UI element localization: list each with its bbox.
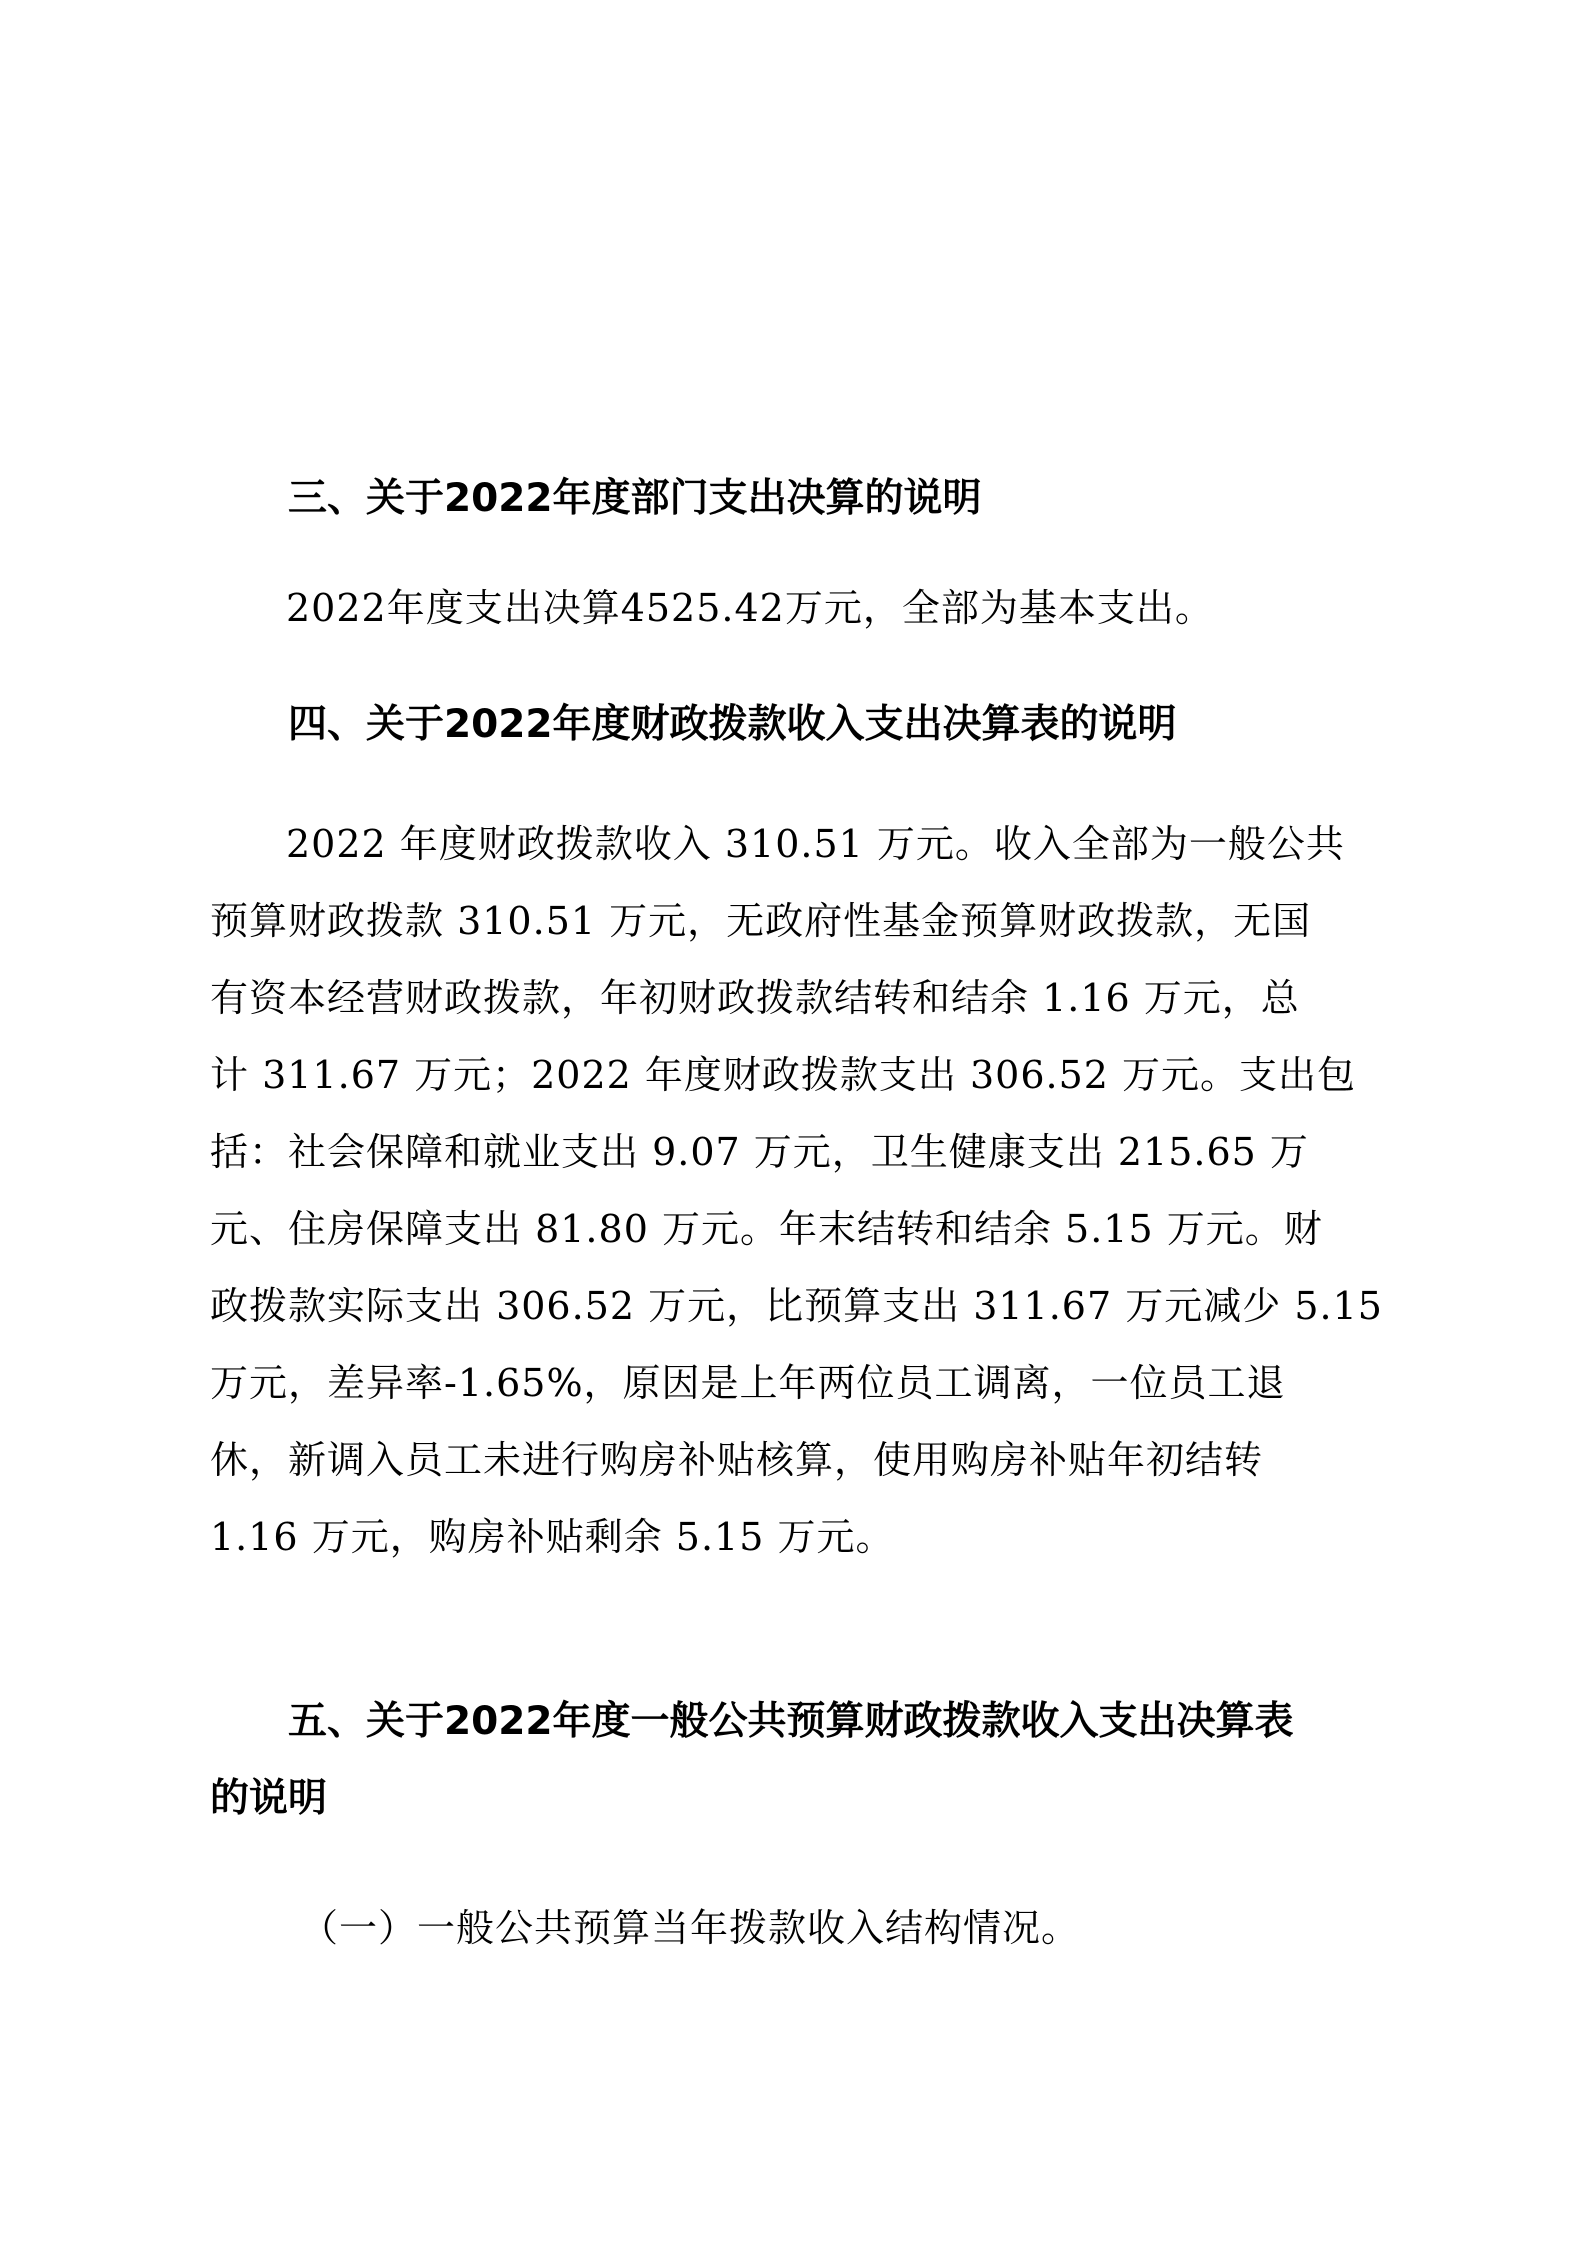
section-3: 三、关于2022年度部门支出决算的说明 [210,460,1388,537]
subsection-1-heading: （一）一般公共预算当年拨款收入结构情况。 [210,1890,1388,1967]
heading-line: 的说明 [210,1760,1388,1837]
paragraph-line: 预算财政拨款 310.51 万元，无政府性基金预算财政拨款，无国 [210,883,1388,960]
paragraph-line: 1.16 万元，购房补贴剩余 5.15 万元。 [210,1499,1388,1576]
paragraph-line: 休，新调入员工未进行购房补贴核算，使用购房补贴年初结转 [210,1422,1388,1499]
section-5-subsection: （一）一般公共预算当年拨款收入结构情况。 [210,1890,1388,1967]
section-5-heading: 五、关于2022年度一般公共预算财政拨款收入支出决算表 的说明 [210,1683,1388,1837]
section-4: 四、关于2022年度财政拨款收入支出决算表的说明 [210,686,1388,763]
paragraph-line: 括：社会保障和就业支出 9.07 万元，卫生健康支出 215.65 万 [210,1114,1388,1191]
paragraph-line: 政拨款实际支出 306.52 万元，比预算支出 311.67 万元减少 5.15 [210,1268,1388,1345]
paragraph-line: 万元，差异率-1.65%，原因是上年两位员工调离，一位员工退 [210,1345,1388,1422]
paragraph-line: 元、住房保障支出 81.80 万元。年末结转和结余 5.15 万元。财 [210,1191,1388,1268]
paragraph-line: 有资本经营财政拨款，年初财政拨款结转和结余 1.16 万元，总 [210,960,1388,1037]
section-4-heading: 四、关于2022年度财政拨款收入支出决算表的说明 [210,686,1388,763]
section-5: 五、关于2022年度一般公共预算财政拨款收入支出决算表 的说明 [210,1683,1388,1837]
document-page: 三、关于2022年度部门支出决算的说明 2022年度支出决算4525.42万元，… [0,0,1587,2245]
section-3-paragraph: 2022年度支出决算4525.42万元，全部为基本支出。 [210,570,1388,647]
section-3-heading: 三、关于2022年度部门支出决算的说明 [210,460,1388,537]
section-4-paragraph: 2022 年度财政拨款收入 310.51 万元。收入全部为一般公共 预算财政拨款… [210,806,1388,1576]
paragraph-line: 计 311.67 万元；2022 年度财政拨款支出 306.52 万元。支出包 [210,1037,1388,1114]
section-4-body: 2022 年度财政拨款收入 310.51 万元。收入全部为一般公共 预算财政拨款… [210,806,1388,1576]
paragraph-line: 2022 年度财政拨款收入 310.51 万元。收入全部为一般公共 [210,806,1388,883]
section-3-body: 2022年度支出决算4525.42万元，全部为基本支出。 [210,570,1388,647]
heading-line: 五、关于2022年度一般公共预算财政拨款收入支出决算表 [210,1683,1388,1760]
